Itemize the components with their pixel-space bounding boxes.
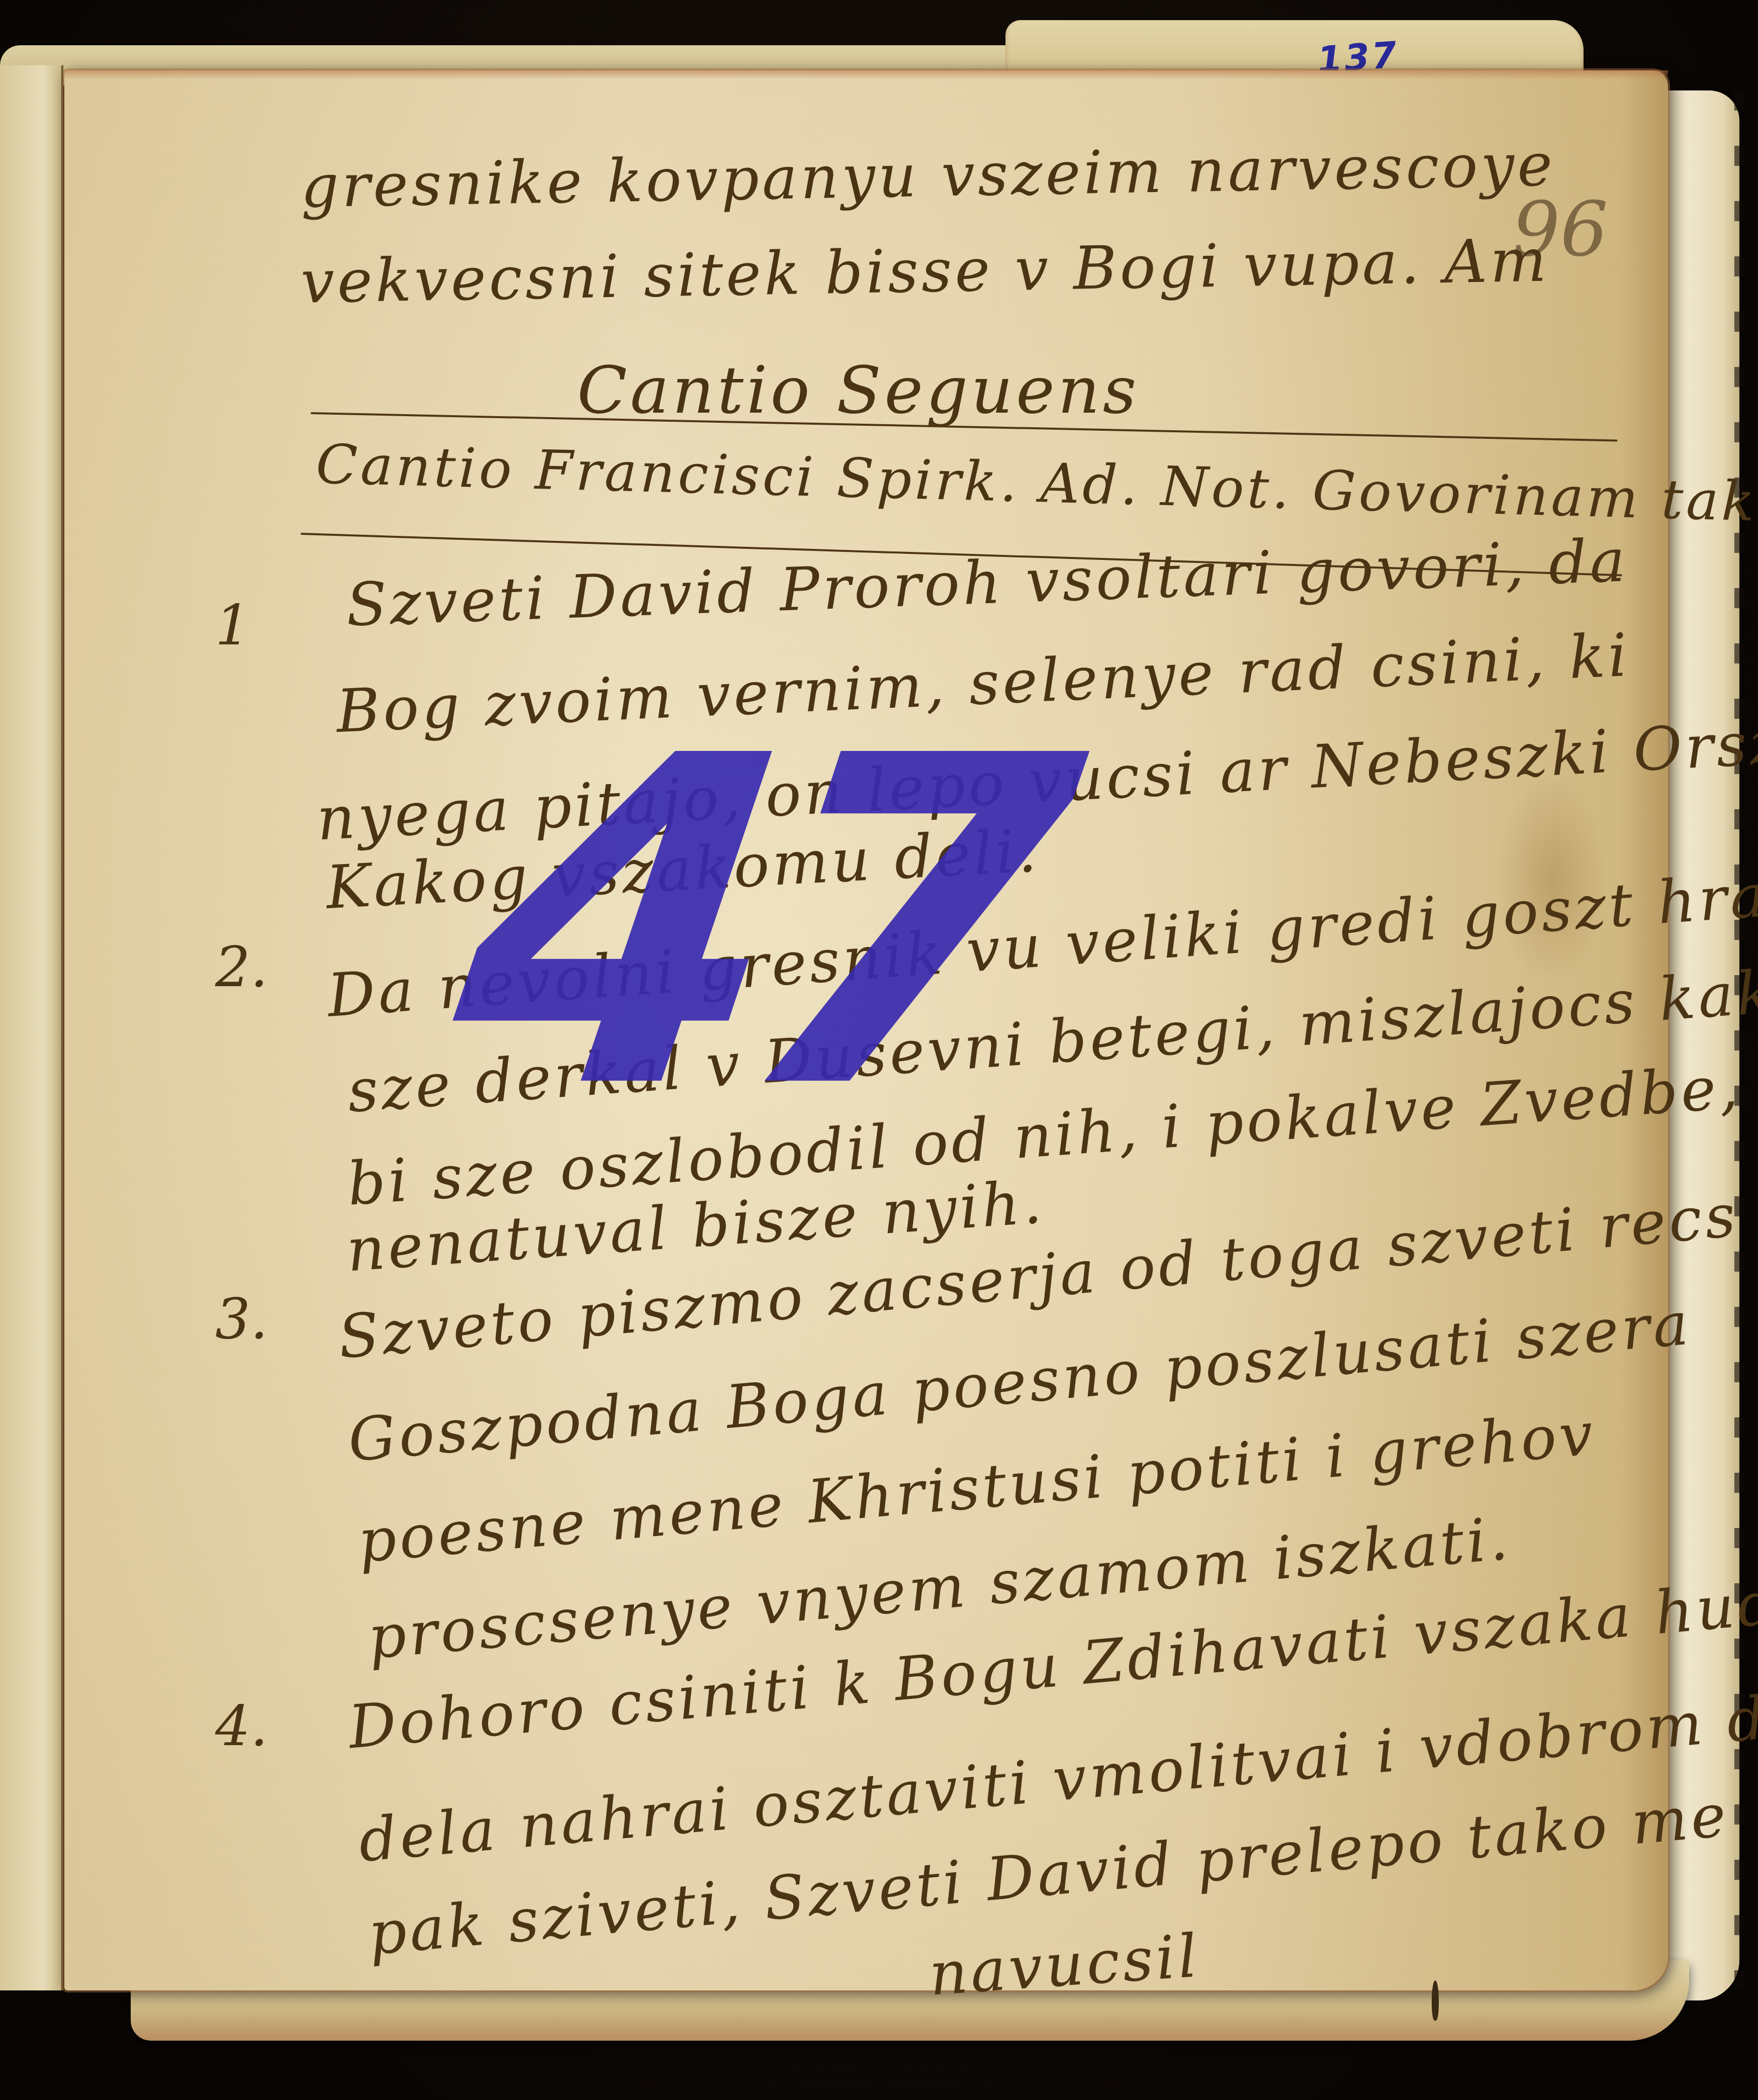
song-title: Cantio Seguens — [577, 352, 1139, 428]
ink-blot — [1432, 1980, 1439, 2021]
verse-number: 3. — [215, 1287, 268, 1351]
verse-number: 1 — [215, 593, 250, 657]
verse-number: 4. — [215, 1694, 268, 1758]
verse-line: Szveti David Proroh vsoltari govori, da — [345, 526, 1629, 640]
carryover-line: vekvecsni sitek bisse v Bogi vupa. Am — [300, 225, 1550, 316]
manuscript-page: 96 gresnike kovpanyu vszeim narvescoye v… — [64, 70, 1668, 1990]
facing-page-strip — [0, 65, 63, 1990]
verse-number: 2. — [215, 935, 268, 999]
carryover-line: gresnike kovpanyu vszeim narvescoye — [300, 130, 1556, 221]
blue-inventory-mark: 47 — [435, 699, 1068, 1151]
song-subtitle: Cantio Francisci Spirk. Ad. Not. Govorin… — [315, 433, 1758, 535]
